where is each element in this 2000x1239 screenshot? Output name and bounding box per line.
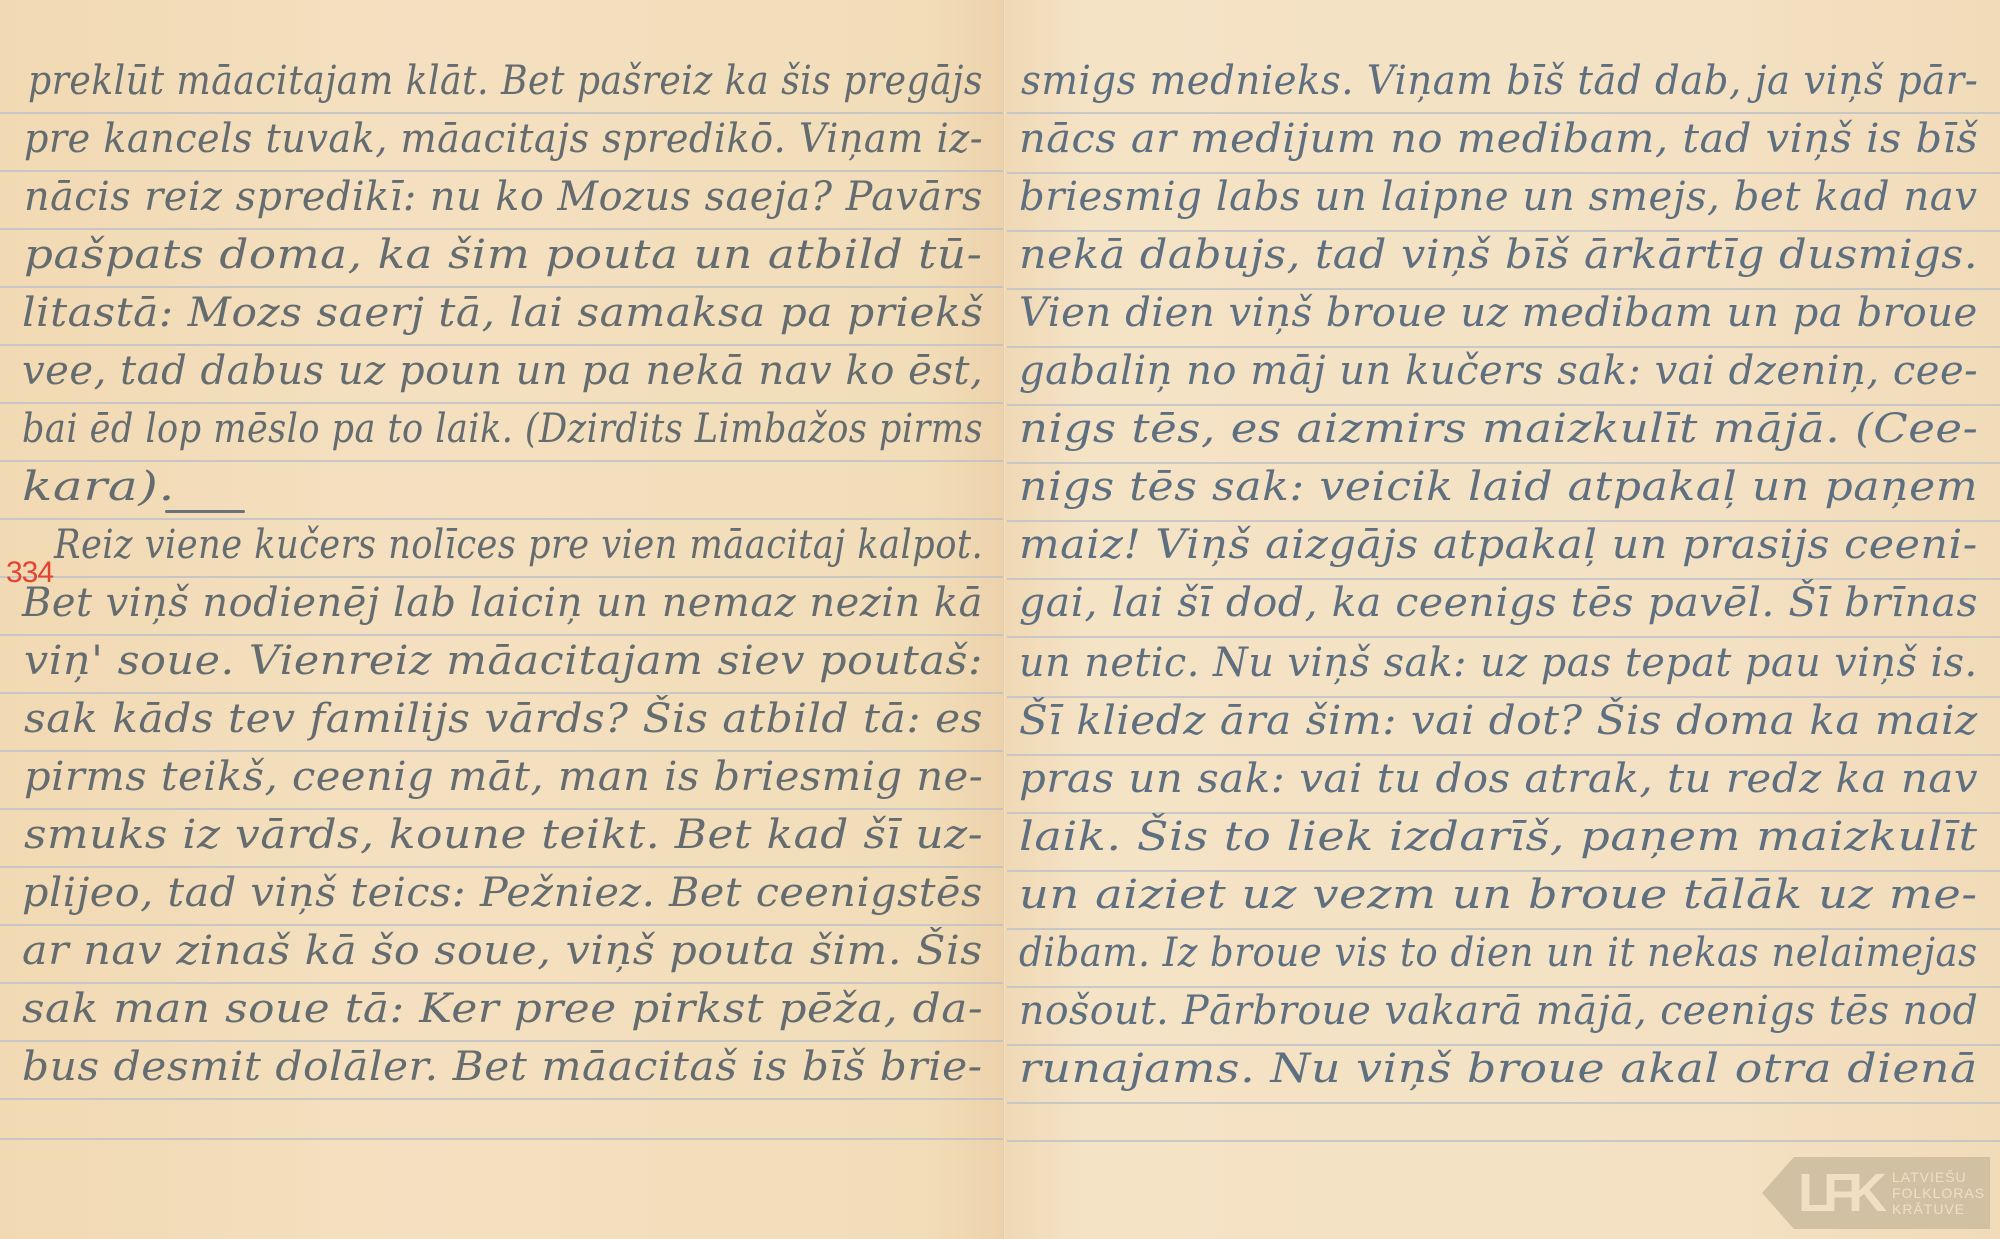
logo-text-line: KRĀTUVE: [1892, 1201, 1985, 1217]
ruled-line: [0, 982, 1003, 984]
handwritten-line: dibam. Iz broue vis to dien un it nekas …: [1019, 930, 1978, 976]
handwritten-line: gabaliņ no māj un kučers sak: vai dzeniņ…: [1019, 348, 1978, 394]
left-page: preklūt māacitajam klāt. Bet pašreiz ka …: [0, 0, 1005, 1239]
ruled-line: [0, 576, 1003, 578]
handwritten-line: litastā: Mozs saerj tā, lai samaksa pa p…: [22, 290, 983, 336]
handwritten-line: smuks iz vārds, koune teikt. Bet kad šī …: [24, 812, 983, 858]
ruled-line: [0, 286, 1003, 288]
handwritten-line: sak kāds tev familijs vārds? Šis atbild …: [24, 696, 983, 742]
right-page: smigs mednieks. Viņam bīš tād dab, ja vi…: [1005, 0, 2000, 1239]
handwritten-line: vee, tad dabus uz poun un pa nekā nav ko…: [22, 348, 983, 394]
ruled-line: [0, 634, 1003, 636]
ruled-line: [0, 170, 1003, 172]
ruled-line: [0, 808, 1003, 810]
handwritten-line: gai, lai šī dod, ka ceenigs tēs pavēl. Š…: [1019, 580, 1978, 626]
handwritten-line: smigs mednieks. Viņam bīš tād dab, ja vi…: [1021, 58, 1978, 104]
handwritten-line: plijeo, tad viņš teics: Pežniez. Bet cee…: [22, 870, 983, 916]
handwritten-line: nigs tēs sak: veicik laid atpakaļ un paņ…: [1019, 464, 1978, 510]
handwritten-line: ar nav zinaš kā šo soue, viņš pouta šim.…: [22, 928, 983, 974]
handwritten-line: preklūt māacitajam klāt. Bet pašreiz ka …: [28, 58, 983, 104]
handwritten-line: Reiz viene kučers nolīces pre vien māaci…: [54, 522, 983, 568]
handwritten-line: un aiziet uz vezm un broue tālāk uz me-: [1019, 872, 1978, 918]
handwritten-line: maiz! Viņš aizgājs atpakaļ un prasijs ce…: [1019, 522, 1978, 568]
handwritten-line: viņ' soue. Vienreiz māacitajam siev pout…: [24, 638, 983, 684]
handwritten-line: bus desmit dolāler. Bet māacitaš is bīš …: [22, 1044, 983, 1090]
handwritten-line: nigs tēs, es aizmirs maizkulīt mājā. (Ce…: [1019, 406, 1978, 452]
ruled-line: [0, 460, 1003, 462]
ruled-line: [1007, 1140, 2000, 1142]
logo-text-line: FOLKLORAS: [1892, 1185, 1985, 1201]
ruled-line: [1007, 636, 2000, 638]
handwritten-line: nekā dabujs, tad viņš bīš ārkārtīg dusmi…: [1019, 232, 1978, 278]
handwritten-line: nošout. Pārbroue vakarā mājā, ceenigs tē…: [1019, 988, 1978, 1034]
ruled-line: [0, 1098, 1003, 1100]
handwritten-line: Vien dien viņš broue uz medibam un pa br…: [1019, 290, 1978, 336]
ruled-line: [0, 692, 1003, 694]
logo-text: LATVIEŠU FOLKLORAS KRĀTUVE: [1892, 1169, 1985, 1217]
handwritten-line: un netic. Nu viņš sak: uz pas tepat pau …: [1019, 640, 1978, 686]
ruled-line: [0, 1040, 1003, 1042]
ruled-line: [0, 518, 1003, 520]
handwritten-line: Bet viņš nodienēj lab laiciņ un nemaz ne…: [22, 580, 983, 626]
handwritten-line: runajams. Nu viņš broue akal otra dienā: [1019, 1046, 1978, 1092]
notebook-spread: preklūt māacitajam klāt. Bet pašreiz ka …: [0, 0, 2000, 1239]
section-end-dash: [165, 510, 245, 513]
handwritten-line: nācis reiz spredikī: nu ko Mozus saeja? …: [24, 174, 983, 220]
handwritten-line: nācs ar medijum no medibam, tad viņš is …: [1019, 116, 1978, 162]
ruled-line: [0, 402, 1003, 404]
handwritten-line: Šī kliedz āra šim: vai dot? Šis doma ka …: [1019, 698, 1978, 744]
handwritten-line: pre kancels tuvak, māacitajs spredikō. V…: [24, 116, 983, 162]
handwritten-line: sak man soue tā: Ker pree pirkst pēža, d…: [22, 986, 983, 1032]
handwritten-line: pašpats doma, ka šim pouta un atbild tū-: [24, 232, 982, 278]
ruled-line: [0, 228, 1003, 230]
ruled-line: [0, 750, 1003, 752]
ruled-line: [0, 924, 1003, 926]
handwritten-line: laik. Šis to liek izdarīš, paņem maizkul…: [1019, 814, 1978, 860]
ruled-line: [1007, 1102, 2000, 1104]
archive-watermark-logo: LFK LATVIEŠU FOLKLORAS KRĀTUVE: [1762, 1157, 1990, 1229]
logo-monogram-icon: LFK: [1798, 1165, 1884, 1221]
ruled-line: [0, 112, 1003, 114]
logo-text-line: LATVIEŠU: [1892, 1169, 1985, 1185]
handwritten-line: pras un sak: vai tu dos atrak, tu redz k…: [1019, 756, 1978, 802]
ruled-line: [0, 1138, 1003, 1140]
ruled-line: [0, 866, 1003, 868]
handwritten-line: pirms teikš, ceenig māt, man is briesmig…: [24, 754, 983, 800]
handwritten-line: bai ēd lop mēslo pa to laik. (Dzirdits L…: [22, 406, 983, 452]
ruled-line: [1007, 112, 2000, 114]
handwritten-line: briesmig labs un laipne un smejs, bet ka…: [1019, 174, 1978, 220]
ruled-line: [0, 344, 1003, 346]
handwritten-line: kara).: [22, 464, 175, 510]
